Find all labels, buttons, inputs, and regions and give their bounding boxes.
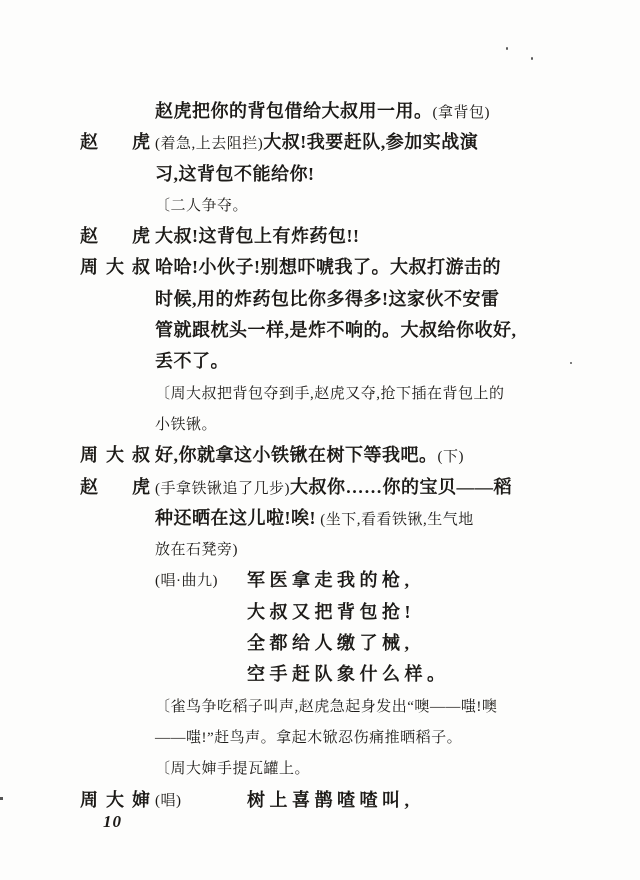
song-line: 树上喜鹊喳喳叫,	[247, 785, 414, 816]
scan-speck	[570, 362, 572, 364]
scanned-script-page: 赵虎把你的背包借给大叔用一用。(拿背包)赵虎(着急,上去阻拦)大叔!我要赶队,参…	[0, 0, 640, 880]
stage-direction: 〔二人争夺。	[155, 198, 248, 214]
line-content: 好,你就拿这小铁锹在树下等我吧。(下)	[155, 440, 640, 473]
script-line: 习,这背包不能给你!	[0, 159, 640, 190]
line-content: 习,这背包不能给你!	[155, 159, 640, 191]
song-line: 大叔又把背包抢!	[247, 597, 415, 628]
script-line: 全都给人缴了械,	[0, 628, 640, 659]
script-line: (唱·曲九)军医拿走我的枪,	[0, 565, 640, 596]
speaker-name: 赵虎	[80, 472, 150, 503]
script-line: 赵虎(手拿铁锹追了几步)大叔你……你的宝贝——稻	[0, 472, 640, 503]
stage-direction: (坐下,看看铁锹,生气地	[316, 512, 474, 528]
speaker-char: 赵	[80, 127, 98, 158]
speaker-name: 赵虎	[80, 221, 150, 252]
stage-direction: 小铁锹。	[155, 417, 217, 433]
dialogue-text: 大叔!我要赶队,参加实战演	[263, 132, 478, 152]
script-line: 周大叔哈哈!小伙子!别想吓唬我了。大叔打游击的	[0, 252, 640, 283]
speaker-char: 叔	[132, 440, 150, 471]
song-line: 空手赶队象什么样。	[247, 659, 450, 690]
script-line: 赵虎大叔!这背包上有炸药包!!	[0, 221, 640, 252]
dialogue-text: 赵虎把你的背包借给大叔用一用。	[155, 101, 433, 121]
script-line: 种还晒在这儿啦!唉! (坐下,看看铁锹,生气地	[0, 503, 640, 534]
script-line: 管就跟枕头一样,是炸不响的。大叔给你收好,	[0, 315, 640, 346]
stage-direction: (唱·曲九)	[155, 573, 218, 589]
stage-direction: 放在石凳旁)	[155, 542, 238, 558]
line-content: 小铁锹。	[155, 409, 640, 441]
script-line: 空手赶队象什么样。	[0, 659, 640, 690]
line-content: 管就跟枕头一样,是炸不响的。大叔给你收好,	[155, 315, 640, 347]
script-line: 丢不了。	[0, 346, 640, 377]
line-content: 丢不了。	[155, 346, 640, 378]
script-line: 〔雀鸟争吃稻子叫声,赵虎急起身发出“噢——嗤!噢	[0, 691, 640, 722]
speaker-char: 虎	[132, 127, 150, 158]
stage-direction: (手拿铁锹追了几步)	[155, 481, 290, 497]
stage-direction: (拿背包)	[433, 105, 491, 121]
dialogue-text: 时候,用的炸药包比你多得多!这家伙不安雷	[155, 289, 500, 309]
speaker-char: 赵	[80, 472, 98, 503]
dialogue-text: 哈哈!小伙子!别想吓唬我了。大叔打游击的	[155, 257, 501, 277]
speaker-char: 虎	[132, 221, 150, 252]
stage-direction: 〔周大婶手提瓦罐上。	[155, 761, 310, 777]
script-line: 放在石凳旁)	[0, 534, 640, 565]
line-content: ——嗤!”赶鸟声。拿起木锨忍伤痛推晒稻子。	[155, 722, 640, 754]
speaker-char: 虎	[132, 472, 150, 503]
script-body: 赵虎把你的背包借给大叔用一用。(拿背包)赵虎(着急,上去阻拦)大叔!我要赶队,参…	[0, 0, 640, 816]
speaker-char: 周	[80, 785, 98, 816]
line-content: (唱)树上喜鹊喳喳叫,	[155, 785, 640, 817]
script-line: 时候,用的炸药包比你多得多!这家伙不安雷	[0, 284, 640, 315]
script-line: 大叔又把背包抢!	[0, 597, 640, 628]
speaker-char: 周	[80, 440, 98, 471]
scan-speck	[0, 797, 3, 800]
scan-speck	[506, 47, 508, 50]
script-line: 〔周大婶手提瓦罐上。	[0, 753, 640, 784]
speaker-name: 周大叔	[80, 252, 150, 283]
line-content: (着急,上去阻拦)大叔!我要赶队,参加实战演	[155, 127, 640, 160]
line-content: 大叔!这背包上有炸药包!!	[155, 221, 640, 253]
line-content: 放在石凳旁)	[155, 534, 640, 566]
line-content: (手拿铁锹追了几步)大叔你……你的宝贝——稻	[155, 472, 640, 505]
speaker-char: 叔	[132, 252, 150, 283]
line-content: 赵虎把你的背包借给大叔用一用。(拿背包)	[155, 96, 640, 129]
page-number: 10	[103, 812, 122, 832]
dialogue-text: 种还晒在这儿啦!唉!	[155, 508, 316, 528]
dialogue-text: 习,这背包不能给你!	[155, 164, 315, 184]
line-content: 〔周大叔把背包夺到手,赵虎又夺,抢下插在背包上的	[155, 378, 640, 410]
speaker-char: 周	[80, 252, 98, 283]
script-line: 赵虎(着急,上去阻拦)大叔!我要赶队,参加实战演	[0, 127, 640, 158]
speaker-char: 大	[106, 252, 124, 283]
dialogue-text: 好,你就拿这小铁锹在树下等我吧。	[155, 445, 438, 465]
speaker-name: 赵虎	[80, 127, 150, 158]
dialogue-text: 丢不了。	[155, 351, 229, 371]
script-line: 周大叔好,你就拿这小铁锹在树下等我吧。(下)	[0, 440, 640, 471]
line-content: 种还晒在这儿啦!唉! (坐下,看看铁锹,生气地	[155, 503, 640, 536]
speaker-name: 周大叔	[80, 440, 150, 471]
script-line: 〔周大叔把背包夺到手,赵虎又夺,抢下插在背包上的	[0, 378, 640, 409]
stage-direction: 〔周大叔把背包夺到手,赵虎又夺,抢下插在背包上的	[155, 386, 505, 402]
line-content: 时候,用的炸药包比你多得多!这家伙不安雷	[155, 284, 640, 316]
dialogue-text: 大叔!这背包上有炸药包!!	[155, 226, 359, 246]
line-content: 〔雀鸟争吃稻子叫声,赵虎急起身发出“噢——嗤!噢	[155, 691, 640, 723]
song-line: 全都给人缴了械,	[247, 628, 414, 659]
stage-direction: (着急,上去阻拦)	[155, 136, 263, 152]
line-content: 哈哈!小伙子!别想吓唬我了。大叔打游击的	[155, 252, 640, 284]
song-line: 军医拿走我的枪,	[247, 565, 414, 596]
speaker-char: 婶	[132, 785, 150, 816]
speaker-char: 赵	[80, 221, 98, 252]
line-content: 〔周大婶手提瓦罐上。	[155, 753, 640, 785]
stage-direction: ——嗤!”赶鸟声。拿起木锨忍伤痛推晒稻子。	[155, 730, 462, 746]
stage-direction: 〔雀鸟争吃稻子叫声,赵虎急起身发出“噢——嗤!噢	[155, 699, 497, 715]
line-content: 〔二人争夺。	[155, 190, 640, 222]
script-line: 周大婶(唱)树上喜鹊喳喳叫,	[0, 785, 640, 816]
scan-speck	[531, 57, 533, 60]
script-line: ——嗤!”赶鸟声。拿起木锨忍伤痛推晒稻子。	[0, 722, 640, 753]
script-line: 〔二人争夺。	[0, 190, 640, 221]
dialogue-text: 管就跟枕头一样,是炸不响的。大叔给你收好,	[155, 320, 517, 340]
stage-direction: (下)	[438, 449, 465, 465]
speaker-char: 大	[106, 440, 124, 471]
script-line: 赵虎把你的背包借给大叔用一用。(拿背包)	[0, 96, 640, 127]
line-content: (唱·曲九)军医拿走我的枪,	[155, 565, 640, 597]
stage-direction: (唱)	[155, 793, 182, 809]
dialogue-text: 大叔你……你的宝贝——稻	[290, 477, 512, 497]
script-line: 小铁锹。	[0, 409, 640, 440]
